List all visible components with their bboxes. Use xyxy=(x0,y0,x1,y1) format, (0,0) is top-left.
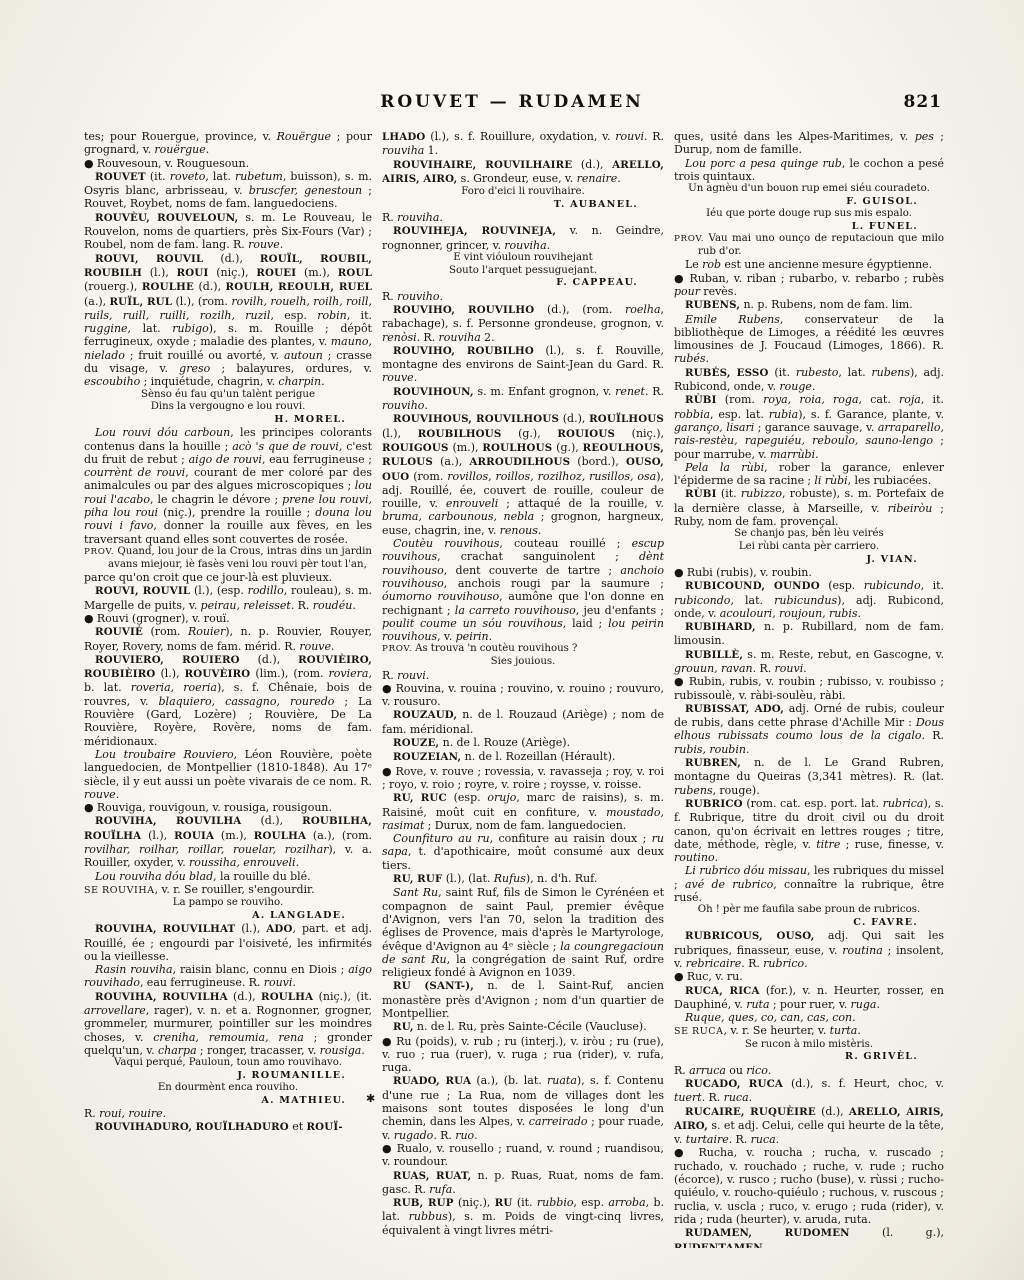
paragraph: R. rouvi. xyxy=(382,669,664,682)
paragraph: tes; pour Rouergue, province, v. Rouërgu… xyxy=(84,130,372,157)
paragraph: ● Ru (poids), v. rub ; ru (interj.), v. … xyxy=(382,1035,664,1075)
entry-paragraph: RUBREN, n. de l. Le Grand Rubren, montag… xyxy=(674,756,944,797)
paragraph: R. rouviha. xyxy=(382,211,664,224)
verse-line: Foro d'eici li rouvihaire. xyxy=(382,186,664,199)
verse-line: Souto l'arquet pessuguejant. xyxy=(382,265,664,278)
paragraph: R. arruca ou rico. xyxy=(674,1064,944,1077)
entry-paragraph: ROUZAUD, n. de l. Rouzaud (Ariège) ; nom… xyxy=(382,708,664,736)
entry-paragraph: ROUVIHO, ROUBILHO (l.), s. f. Rouville, … xyxy=(382,344,664,385)
entry-paragraph: RUBRICO (rom. cat. esp. port. lat. rubri… xyxy=(674,797,944,864)
page-number: 821 xyxy=(904,92,943,112)
entry-paragraph: RUCA, RICA (for.), v. n. Heurter, rosser… xyxy=(674,984,944,1012)
attribution: T. AUBANEL. xyxy=(382,199,664,211)
page-title: ROUVET — RUDAMEN xyxy=(0,92,1024,112)
entry-paragraph: Lou porc a pesa quinge rub, le cochon a … xyxy=(674,157,944,184)
entry-paragraph: RU, RUF (l.), (lat. Rufus), n. d'h. Ruf. xyxy=(382,872,664,886)
paragraph: SE ROUVIHA, v. r. Se rouiller, s'engourd… xyxy=(84,883,372,897)
verse-line: Un agnèu d'un bouon rup emei siéu courad… xyxy=(674,183,944,196)
entry-paragraph: Emile Rubens, conservateur de la bibliot… xyxy=(674,313,944,366)
paragraph: ● Rubin, rubis, v. roubin ; rubisso, v. … xyxy=(674,675,944,702)
entry-paragraph: ROUVIHA, ROUVILHAT (l.), ADO, part. et a… xyxy=(84,922,372,963)
verse-line: E vint vióuloun rouvihejant xyxy=(382,252,664,265)
proverb-paragraph: PROV. As trouva 'n coutèu rouvihous ? xyxy=(382,643,664,656)
entry-paragraph: ROUVIHA, ROUVILHA (d.), ROULHA (niç.), (… xyxy=(84,990,372,1057)
entry-paragraph: Lou rouviha dóu blad, la rouille du blé. xyxy=(84,870,372,883)
entry-paragraph: Lou rouvi dóu carboun, les principes col… xyxy=(84,426,372,546)
verse-line: Vaqui perqué, Pauloun, toun amo rouvihav… xyxy=(84,1057,372,1070)
proverb-paragraph: PROV. Quand, lou jour de la Crous, intra… xyxy=(84,546,372,571)
entry-paragraph: RUDAMEN, RUDOMEN (l. g.), RUDENTAMEN xyxy=(674,1226,944,1248)
entry-paragraph: RÙBI (rom. roya, roia, roga, cat. roja, … xyxy=(674,393,944,460)
entry-paragraph: RUADO, RUA (a.), (b. lat. ruata), s. f. … xyxy=(382,1074,664,1141)
entry-paragraph: RUAS, RUAT, n. p. Ruas, Ruat, noms de fa… xyxy=(382,1169,664,1197)
entry-paragraph: RUBISSAT, ADO, adj. Orné de rubis, coule… xyxy=(674,702,944,756)
entry-paragraph: ROUVIHEJA, ROUVINEJA, v. n. Geindre, rog… xyxy=(382,224,664,252)
entry-paragraph: Le rob est une ancienne mesure égyptienn… xyxy=(674,258,944,271)
entry-paragraph: Counfituro au ru, confiture au raisin do… xyxy=(382,832,664,872)
entry-paragraph: RU, n. de l. Ru, près Sainte-Cécile (Vau… xyxy=(382,1020,664,1034)
paragraph: ● Rualo, v. rousello ; ruand, v. round ;… xyxy=(382,1142,664,1169)
verse-line: Oh ! pèr me faufila sabe proun de rubric… xyxy=(674,904,944,917)
paragraph: LHADO (l.), s. f. Rouillure, oxydation, … xyxy=(382,130,664,158)
paragraph: ● Rouvi (grogner), v. rouï. xyxy=(84,612,372,625)
entry-paragraph: ROUVIHA, ROUVILHA (d.), ROUBILHA, ROUÏLH… xyxy=(84,814,372,869)
attribution: C. FAVRE. xyxy=(674,917,944,929)
attribution: H. MOREL. xyxy=(84,414,372,426)
entry-paragraph: ROUVIHOUS, ROUVILHOUS (d.), ROUÏLHOUS (l… xyxy=(382,412,664,537)
attribution: J. ROUMANILLE. xyxy=(84,1070,372,1082)
entry-paragraph: ROUVIHO, ROUVILHO (d.), (rom. roelha, ra… xyxy=(382,303,664,344)
paragraph: ● Rouviga, rouvigoun, v. rousiga, rousig… xyxy=(84,801,372,814)
text-columns: tes; pour Rouergue, province, v. Rouërgu… xyxy=(84,130,944,1248)
entry-paragraph: Sant Ru, saint Ruf, fils de Simon le Cyr… xyxy=(382,886,664,979)
entry-paragraph: RUBRICOUS, OUSO, adj. Qui sait les rubri… xyxy=(674,929,944,970)
entry-paragraph: Li rubrico dóu missau, les rubriques du … xyxy=(674,864,944,904)
verse-line: La pampo se rouviho. xyxy=(84,897,372,910)
paragraph: ● Rouvesoun, v. Rouguesoun. xyxy=(84,157,372,170)
verse-line: Iéu que porte douge rup sus mis espalo. xyxy=(674,208,944,221)
page-header: ROUVET — RUDAMEN 821 xyxy=(0,92,1024,118)
entry-paragraph: RUCAIRE, RUQUÈIRE (d.), ARELLO, AIRIS, A… xyxy=(674,1105,944,1147)
paragraph: R. rouviho. xyxy=(382,290,664,303)
margin-asterisk-mark: ✱ xyxy=(366,1092,375,1105)
text-column-1: tes; pour Rouergue, province, v. Rouërgu… xyxy=(84,130,372,1248)
entry-paragraph: RUCADO, RUCA (d.), s. f. Heurt, choc, v.… xyxy=(674,1077,944,1105)
verse-line: Lei rùbi canta pèr carriero. xyxy=(674,541,944,554)
text-column-3: ques, usité dans les Alpes-Maritimes, v.… xyxy=(674,130,944,1248)
attribution: L. FUNEL. xyxy=(674,221,944,233)
paragraph: ● Rubi (rubis), v. roubin. xyxy=(674,566,944,579)
entry-paragraph: Coutèu rouvihous, couteau rouillé ; escu… xyxy=(382,537,664,643)
entry-paragraph: RUBENS, n. p. Rubens, nom de fam. lim. xyxy=(674,298,944,312)
entry-paragraph: ROUZEIAN, n. de l. Rozeillan (Hérault). xyxy=(382,750,664,764)
attribution: J. VIAN. xyxy=(674,554,944,566)
attribution: F. CAPPEAU. xyxy=(382,277,664,289)
dictionary-page-scan: ROUVET — RUDAMEN 821 tes; pour Rouergue,… xyxy=(0,0,1024,1280)
entry-paragraph: ROUVI, ROUVIL (d.), ROUÏL, ROUBIL, ROUBI… xyxy=(84,252,372,389)
entry-paragraph: RU, RUC (esp. orujo, marc de raisins), s… xyxy=(382,791,664,832)
paragraph: ● Rucha, v. roucha ; rucha, v. ruscado ;… xyxy=(674,1146,944,1226)
attribution: A. MATHIEU. xyxy=(84,1095,372,1107)
entry-paragraph: RUBIHARD, n. p. Rubillard, nom de fam. l… xyxy=(674,620,944,648)
paragraph: ● Rouvina, v. rouina ; rouvino, v. rouin… xyxy=(382,682,664,709)
verse-line: Se chanjo pas, bèn lèu veirés xyxy=(674,528,944,541)
entry-paragraph: Lou troubaire Rouviero, Léon Rouvière, p… xyxy=(84,748,372,801)
verse-line: Sènso éu fau qu'un talènt perigue xyxy=(84,389,372,402)
verse-line: Dins la vergougno e lou rouvi. xyxy=(84,401,372,414)
entry-paragraph: ROUVIERO, ROUIERO (d.), ROUVIÈIRO, ROUBI… xyxy=(84,653,372,748)
entry-paragraph: ROUVIHAIRE, ROUVILHAIRE (d.), ARELLO, AI… xyxy=(382,158,664,187)
entry-paragraph: ROUZE, n. de l. Rouze (Ariège). xyxy=(382,736,664,750)
entry-paragraph: RUB, RUP (niç.), RU (it. rubbio, esp. ar… xyxy=(382,1196,664,1237)
entry-paragraph: ROUVET (it. roveto, lat. rubetum, buisso… xyxy=(84,170,372,211)
verse-line: En dourmènt enca rouviho. xyxy=(84,1082,372,1095)
entry-paragraph: RUBILLÈ, s. m. Reste, rebut, en Gascogne… xyxy=(674,648,944,676)
paragraph: SE RUCA, v. r. Se heurter, v. turta. xyxy=(674,1024,944,1038)
attribution: F. GUISOL. xyxy=(674,196,944,208)
entry-paragraph: RUBICOUND, OUNDO (esp. rubicundo, it. ru… xyxy=(674,579,944,620)
entry-paragraph: RÙBI (it. rubizzo, robuste), s. m. Porte… xyxy=(674,487,944,528)
verse-line: Sies jouious. xyxy=(382,656,664,669)
proverb-paragraph: PROV. Vau mai uno ounço de reputacioun q… xyxy=(674,233,944,258)
paragraph: ● Ruc, v. ru. xyxy=(674,970,944,983)
entry-paragraph: RUBÉS, ESSO (it. rubesto, lat. rubens), … xyxy=(674,366,944,394)
entry-paragraph: ROUVIHADURO, ROUÏLHADURO et ROUÏ- xyxy=(84,1120,372,1134)
entry-paragraph: ROUVÈU, ROUVELOUN, s. m. Le Rouveau, le … xyxy=(84,211,372,252)
paragraph: ● Ruban, v. riban ; rubarbo, v. rebarbo … xyxy=(674,272,944,299)
paragraph: ● Rove, v. rouve ; rovessia, v. ravassej… xyxy=(382,765,664,792)
paragraph: R. roui, rouire. xyxy=(84,1107,372,1120)
text-column-2: LHADO (l.), s. f. Rouillure, oxydation, … xyxy=(382,130,664,1248)
entry-paragraph: ROUVI, ROUVIL (l.), (esp. rodillo, roule… xyxy=(84,584,372,612)
paragraph: ques, usité dans les Alpes-Maritimes, v.… xyxy=(674,130,944,157)
entry-paragraph: ROUVIÉ (rom. Rouier), n. p. Rouvier, Rou… xyxy=(84,625,372,653)
entry-paragraph: Pela la rùbi, rober la garance, enlever … xyxy=(674,461,944,488)
paragraph: parce qu'on croit que ce jour-là est plu… xyxy=(84,571,372,584)
entry-paragraph: Rasin rouviha, raisin blanc, connu en Di… xyxy=(84,963,372,990)
entry-paragraph: ROUVIHOUN, s. m. Enfant grognon, v. rene… xyxy=(382,385,664,413)
attribution: R. GRIVÈL. xyxy=(674,1051,944,1063)
verse-line: Se rucon à milo mistèris. xyxy=(674,1039,944,1052)
attribution: A. LANGLADE. xyxy=(84,910,372,922)
entry-paragraph: RU (SANT-), n. de l. Saint-Ruf, ancien m… xyxy=(382,979,664,1020)
entry-paragraph: Ruque, ques, co, can, cas, con. xyxy=(674,1011,944,1024)
